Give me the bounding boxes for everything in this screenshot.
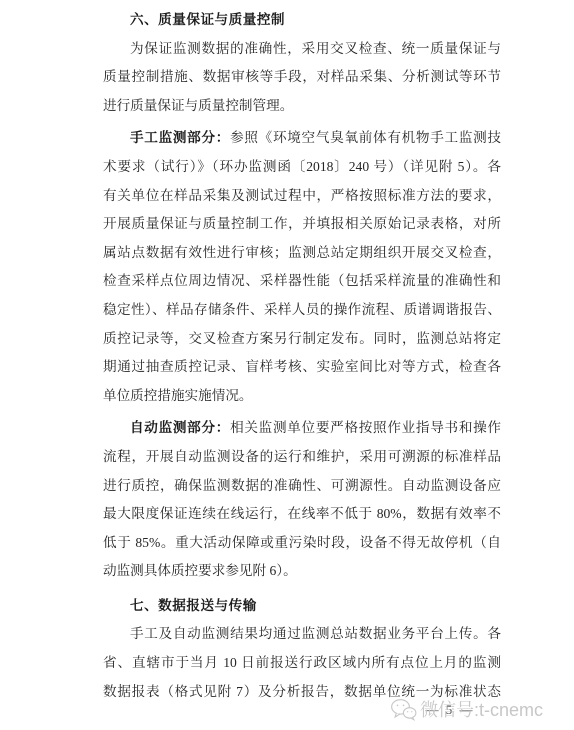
text-line: 最大限度保证连续在线运行，在线率不低于 80%，数据有效率不: [103, 500, 501, 529]
text-line: 有关单位在样品采集及测试过程中，严格按照标准方法的要求，: [103, 182, 501, 211]
section-heading-7: 七、数据报送与传输: [103, 592, 501, 621]
section-heading-text: 六、质量保证与质量控制: [130, 12, 285, 27]
text-line: 质量控制措施、数据审核等手段，对样品采集、分析测试等环节: [103, 63, 501, 92]
section-heading-text: 七、数据报送与传输: [130, 598, 257, 613]
text-line: 手工及自动监测结果均通过监测总站数据业务平台上传。各: [103, 620, 501, 649]
text-line: 动监测具体质控要求参见附 6）。: [103, 557, 501, 586]
document-body: 六、质量保证与质量控制 为保证监测数据的准确性，采用交叉检查、统一质量保证与 质…: [103, 6, 501, 706]
text-line: 单位质控措施实施情况。: [103, 382, 501, 411]
text-line: 流程，开展自动监测设备的运行和维护，采用可溯源的标准样品: [103, 443, 501, 472]
section-heading-6: 六、质量保证与质量控制: [103, 6, 501, 35]
text-line: 省、直辖市于当月 10 日前报送行政区域内所有点位上月的监测: [103, 649, 501, 678]
document-page: 六、质量保证与质量控制 为保证监测数据的准确性，采用交叉检查、统一质量保证与 质…: [0, 0, 574, 730]
text-line: 期通过抽查质控记录、盲样考核、实验室间比对等方式，检查各: [103, 353, 501, 382]
text-line: 质控记录等，交叉检查方案另行制定发布。同时，监测总站将定: [103, 325, 501, 354]
text-line: 为保证监测数据的准确性，采用交叉检查、统一质量保证与: [103, 35, 501, 64]
text-line: 检查采样点位周边情况、采样器性能（包括采样流量的准确性和: [103, 267, 501, 296]
text-line: 属站点数据有效性进行审核；监测总站定期组织开展交叉检查，: [103, 239, 501, 268]
text-line: 术要求（试行）》（环办监测函〔2018〕240 号）（详见附 5）。各: [103, 153, 501, 182]
text-line-auto-monitoring-lead: 自动监测部分：相关监测单位要严格按照作业指导书和操作: [103, 414, 501, 443]
text-line: 进行质量保证与质量控制管理。: [103, 92, 501, 121]
text-line: 开展质量保证与质量控制工作，并填报相关原始记录表格，对所: [103, 210, 501, 239]
bold-lead: 手工监测部分：: [130, 130, 230, 145]
text-line: 进行质控，确保监测数据的准确性、可溯源性。自动监测设备应: [103, 472, 501, 501]
text-line: 低于 85%。重大活动保障或重污染时段，设备不得无故停机（自: [103, 529, 501, 558]
text-line-manual-monitoring-lead: 手工监测部分：参照《环境空气臭氧前体有机物手工监测技: [103, 124, 501, 153]
bold-lead: 自动监测部分：: [130, 420, 230, 435]
page-number: — 5 —: [416, 702, 484, 718]
text-line: 稳定性）、样品存储条件、采样人员的操作流程、质谱调谐报告、: [103, 296, 501, 325]
